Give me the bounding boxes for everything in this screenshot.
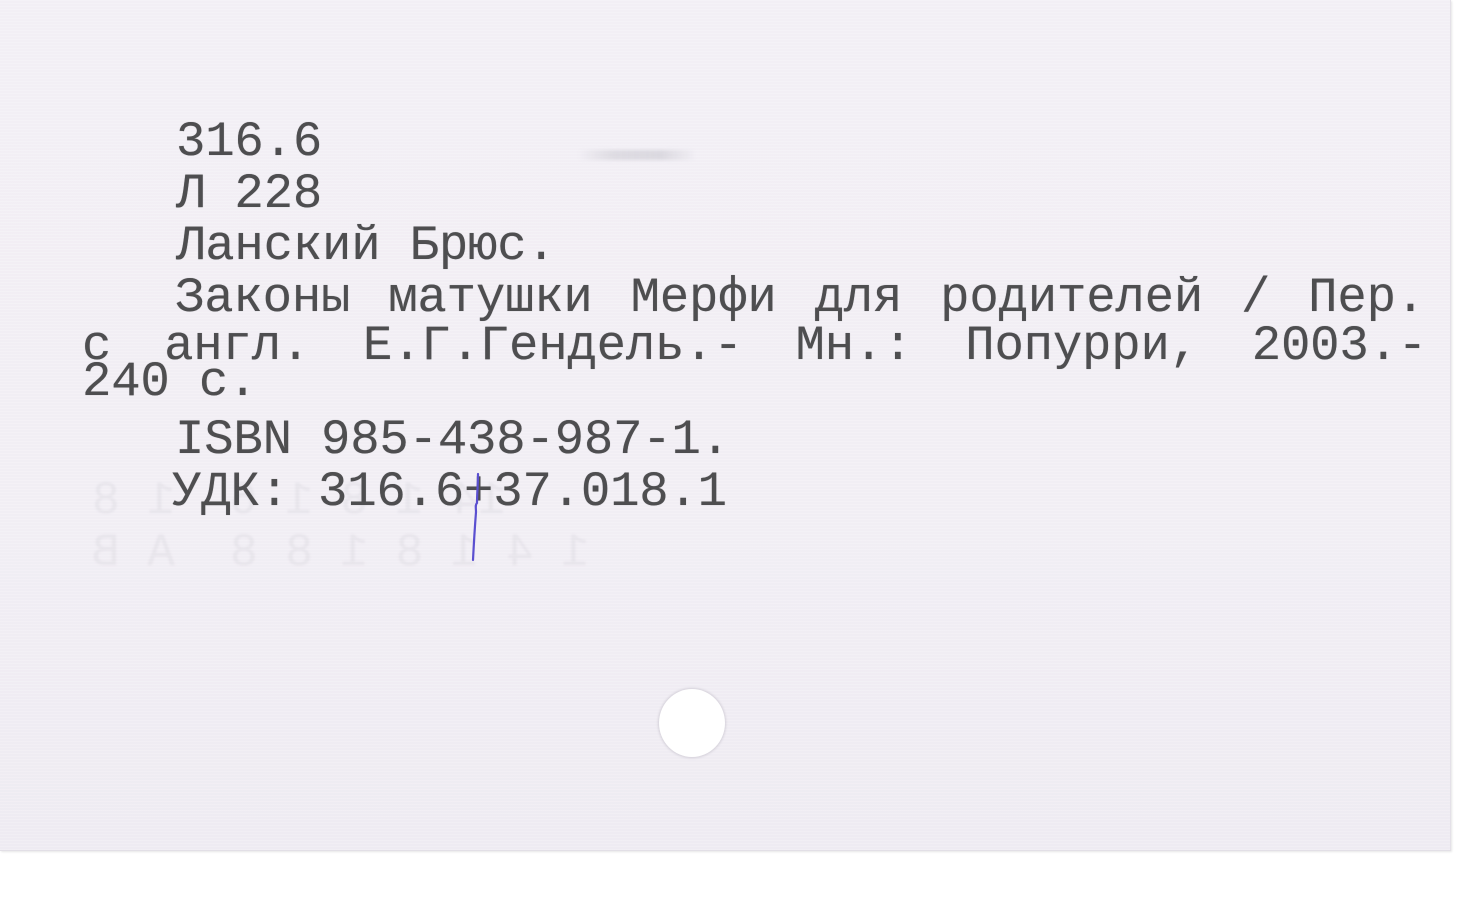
page-count: 240 с. [82, 358, 257, 407]
author-name: Ланский Брюс. [176, 222, 556, 271]
title-line-1: Законы матушки Мерфи для родителей / Пер… [175, 274, 1425, 323]
title-line-2: с англ. Е.Г.Гендель.- Мн.: Попурри, 2003… [82, 322, 1427, 371]
classification-number: 316.6 [176, 118, 322, 167]
punch-hole [659, 689, 725, 757]
isbn: ISBN 985-438-987-1. [175, 416, 730, 465]
pen-mark-icon [462, 470, 492, 565]
bleed-through-text: 1 4 1 8 1 8 8 A B [92, 530, 589, 576]
udc-code: УДК: 316.6+37.018.1 [172, 468, 727, 517]
author-mark: Л 228 [176, 170, 322, 219]
ink-smudge [578, 150, 696, 160]
catalog-card: 14 1 8 1 6 1 8 1 4 1 8 1 8 8 A B 316.6 Л… [0, 0, 1451, 851]
